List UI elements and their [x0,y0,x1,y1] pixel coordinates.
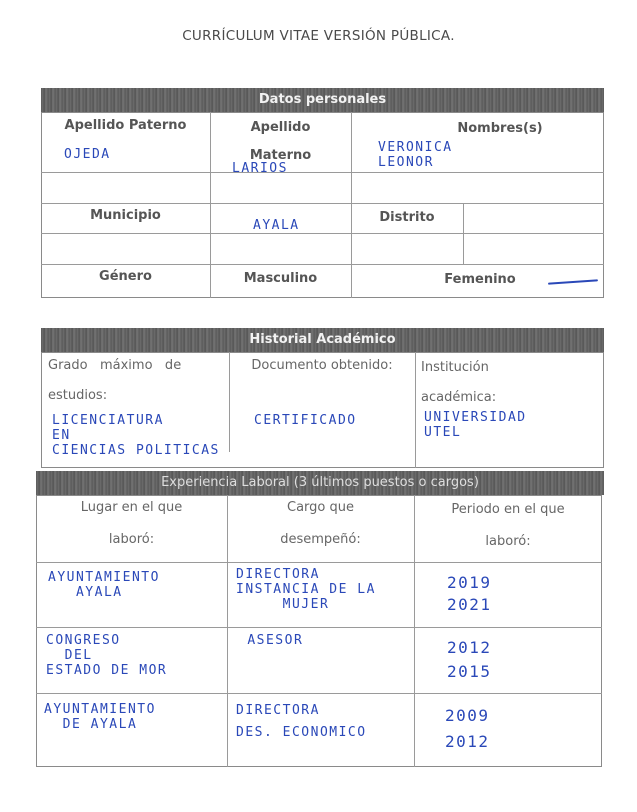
label-apellido-paterno: Apellido Paterno [41,118,210,133]
academic-header: Historial Académico [41,328,604,352]
divider [229,352,230,452]
personal-data-header: Datos personales [41,88,604,112]
header-periodo-line1: Periodo en el que [414,502,602,517]
header-cargo-line2: desempeñó: [227,532,414,547]
cell-lugar: AYUNTAMIENTO AYALA [48,570,160,600]
value-documento: CERTIFICADO [254,413,357,428]
cell-cargo: ASESOR [238,633,303,648]
document-title: CURRÍCULUM VITAE VERSIÓN PÚBLICA. [0,28,637,44]
value-apellido-materno: LARIOS [232,161,288,176]
cell-periodo: 2009 2012 [445,703,490,755]
label-femenino: Femenino [420,272,540,287]
label-institucion-line1: Institución [421,360,489,375]
cell-cargo: DIRECTORA DES. ECONOMICO [236,700,367,744]
value-nombres: VERONICA LEONOR [378,140,453,170]
header-lugar-line2: laboró: [36,532,227,547]
divider [41,233,604,234]
label-apellido-materno-line1: Apellido [210,120,351,135]
value-institucion: UNIVERSIDAD UTEL [424,410,527,440]
divider [36,693,602,694]
divider [41,203,604,204]
divider [36,627,602,628]
label-documento: Documento obtenido: [232,358,412,373]
cell-cargo: DIRECTORA INSTANCIA DE LA MUJER [236,567,376,612]
cell-periodo: 2012 2015 [447,636,492,684]
header-cargo-line1: Cargo que [227,500,414,515]
header-periodo-line2: laboró: [414,534,602,549]
label-grado-line2: estudios: [48,388,107,403]
work-header: Experiencia Laboral (3 últimos puestos o… [36,471,604,495]
label-institucion-line2: académica: [421,390,496,405]
cell-periodo: 2019 2021 [447,572,492,616]
label-nombres: Nombres(s) [400,121,600,136]
value-municipio: AYALA [253,218,300,233]
divider [41,172,604,173]
cell-lugar: AYUNTAMIENTO DE AYALA [44,702,156,732]
cell-lugar: CONGRESO DEL ESTADO DE MOR [46,633,167,678]
divider [41,264,604,265]
divider [415,352,416,468]
divider [463,203,464,264]
divider [36,562,602,563]
label-grado-line1: Grado máximo de [48,358,226,373]
label-distrito: Distrito [351,210,463,225]
label-municipio: Municipio [41,208,210,223]
divider [351,112,352,298]
label-genero: Género [41,269,210,284]
value-grado: LICENCIATURA EN CIENCIAS POLITICAS [52,413,220,458]
value-apellido-paterno: OJEDA [64,147,111,162]
label-masculino: Masculino [210,271,351,286]
header-lugar-line1: Lugar en el que [36,500,227,515]
